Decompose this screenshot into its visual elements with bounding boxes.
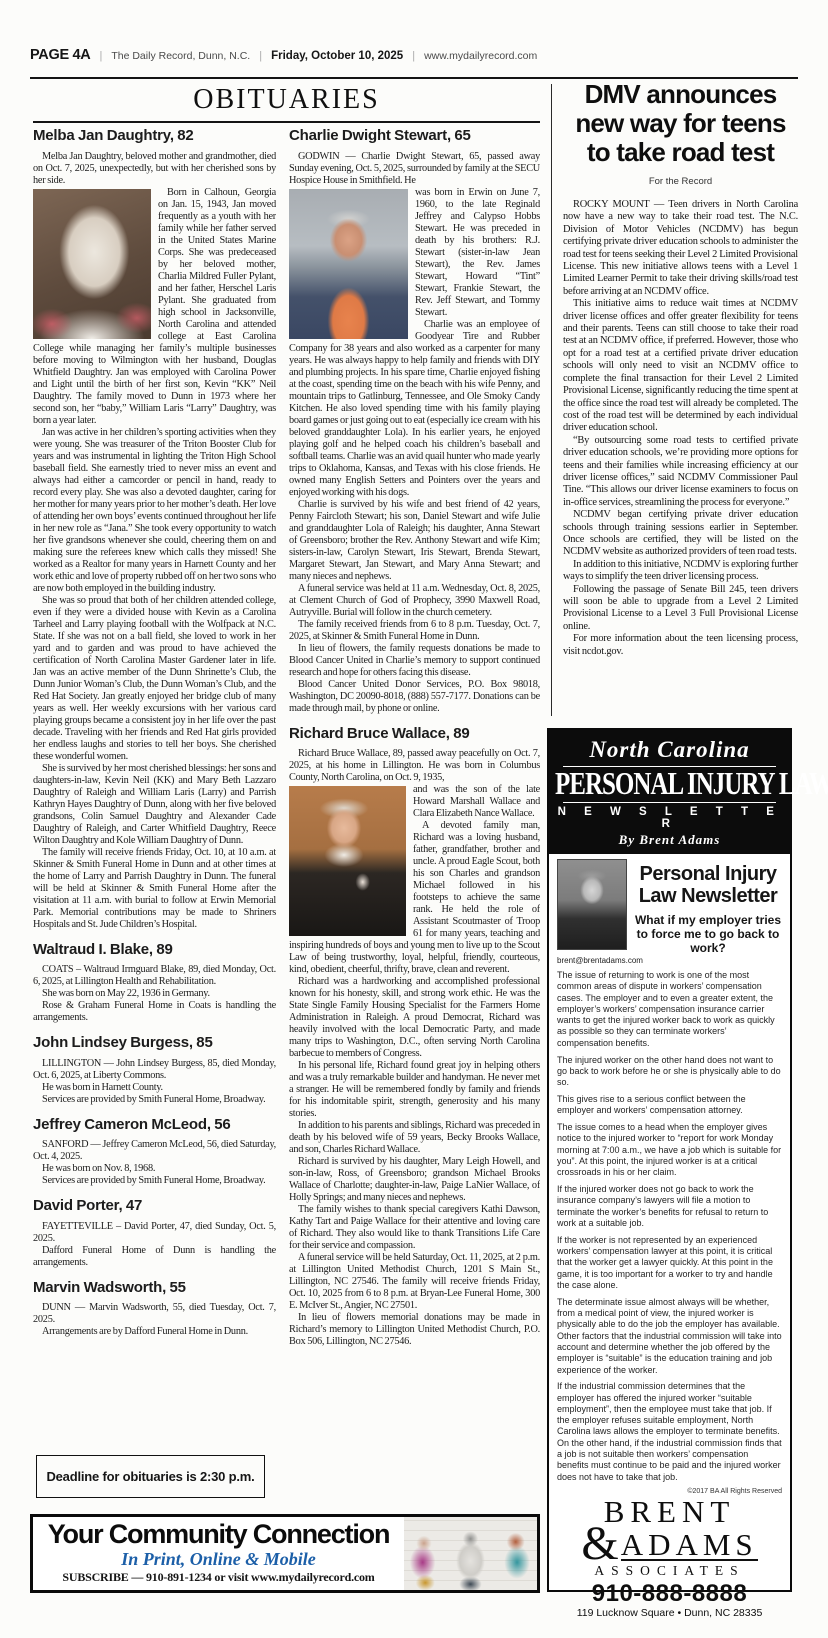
article-byline: For the Record	[563, 176, 798, 187]
obituary-lead-paragraph: Richard Bruce Wallace, 89, passed away p…	[289, 748, 540, 784]
obituary-jeffrey-mcleod: Jeffrey Cameron McLeod, 56 SANFORD — Jef…	[33, 1117, 276, 1188]
paragraph: In his personal life, Richard found grea…	[289, 1060, 540, 1120]
ad-body-text: The issue of returning to work is one of…	[549, 967, 790, 1483]
obituary-deadline-notice: Deadline for obituaries is 2:30 p.m.	[36, 1455, 265, 1498]
headline-line: to take road test	[563, 138, 798, 167]
paragraph: FAYETTEVILLE – David Porter, 47, died Su…	[33, 1221, 276, 1245]
obituary-john-burgess: John Lindsey Burgess, 85 LILLINGTON — Jo…	[33, 1035, 276, 1106]
obituaries-column-2: Charlie Dwight Stewart, 65 GODWIN — Char…	[289, 128, 540, 1512]
obituary-richard-wallace: Richard Bruce Wallace, 89 Richard Bruce …	[289, 726, 540, 1349]
paragraph: She is survived by her most cherished bl…	[33, 763, 276, 847]
subscription-banner: Your Community Connection In Print, Onli…	[30, 1514, 540, 1593]
obituaries-title-rule	[33, 121, 540, 123]
obituary-body: SANFORD — Jeffrey Cameron McLeod, 56, di…	[33, 1139, 276, 1187]
melba-daughtry-portrait-photo	[33, 189, 151, 339]
obituary-heading: David Porter, 47	[33, 1198, 276, 1215]
paragraph: Richard is survived by his daughter, Mar…	[289, 1156, 540, 1204]
issue-date: Friday, October 10, 2025	[271, 50, 403, 62]
ad-subtitle: N E W S L E T T E R	[555, 806, 784, 830]
firm-phone-number: 910-888-8888	[549, 1581, 790, 1607]
obituary-lead-paragraph: GODWIN — Charlie Dwight Stewart, 65, pas…	[289, 151, 540, 187]
obituary-charlie-stewart: Charlie Dwight Stewart, 65 GODWIN — Char…	[289, 128, 540, 715]
obituary-heading: Waltraud I. Blake, 89	[33, 942, 276, 959]
headline-line: new way for teens	[563, 109, 798, 138]
community-readers-photo	[404, 1517, 537, 1590]
ad-kicker: North Carolina	[555, 737, 784, 763]
firm-name-row: & ADAMS	[549, 1527, 790, 1561]
paragraph: “By outsourcing some road tests to certi…	[563, 435, 798, 509]
obituary-melba-daughtry: Melba Jan Daughtry, 82 Melba Jan Daughtr…	[33, 128, 276, 931]
paragraph: If the injured worker does not go back t…	[557, 1184, 782, 1229]
paragraph: The injured worker on the other hand doe…	[557, 1055, 782, 1089]
paragraph: Charlie is survived by his wife and best…	[289, 499, 540, 583]
banner-tagline: In Print, Online & Mobile	[33, 1549, 404, 1569]
personal-injury-law-ad: North Carolina PERSONAL INJURY LAW N E W…	[547, 728, 792, 1592]
ad-byline: By Brent Adams	[555, 832, 784, 848]
paragraph: A funeral service will be held Saturday,…	[289, 1252, 540, 1312]
paragraph: The determinate issue almost always will…	[557, 1297, 782, 1376]
banner-subscribe-info: SUBSCRIBE — 910-891-1234 or visit www.my…	[33, 1569, 404, 1585]
paragraph: A funeral service was held at 11 a.m. We…	[289, 583, 540, 619]
obituary-heading: Charlie Dwight Stewart, 65	[289, 128, 540, 145]
obituary-heading: Jeffrey Cameron McLeod, 56	[33, 1117, 276, 1134]
paragraph: This initiative aims to reduce wait time…	[563, 298, 798, 434]
paragraph: The family received friends from 6 to 8 …	[289, 619, 540, 643]
paragraph: COATS – Waltraud Irmguard Blake, 89, die…	[33, 964, 276, 988]
paragraph: If the industrial commission determines …	[557, 1381, 782, 1483]
banner-text-block: Your Community Connection In Print, Onli…	[33, 1517, 404, 1590]
paragraph: Jan was active in her children’s sportin…	[33, 427, 276, 595]
website-url: www.mydailyrecord.com	[424, 50, 537, 62]
paragraph: Rose & Graham Funeral Home in Coats is h…	[33, 1000, 276, 1024]
obituary-heading: John Lindsey Burgess, 85	[33, 1035, 276, 1052]
paragraph: The issue of returning to work is one of…	[557, 970, 782, 1049]
banner-title: Your Community Connection	[33, 1520, 404, 1549]
paragraph: Arrangements are by Dafford Funeral Home…	[33, 1326, 276, 1338]
obituary-heading: Richard Bruce Wallace, 89	[289, 726, 540, 743]
page-header: PAGE 4A | The Daily Record, Dunn, N.C. |…	[30, 47, 798, 63]
paragraph: Services are provided by Smith Funeral H…	[33, 1094, 276, 1106]
column-divider-rule	[551, 84, 552, 716]
paragraph: Dafford Funeral Home of Dunn is handling…	[33, 1245, 276, 1269]
ad-title: PERSONAL INJURY LAW	[555, 768, 784, 803]
obituary-body: DUNN — Marvin Wadsworth, 55, died Tuesda…	[33, 1302, 276, 1338]
header-divider: |	[259, 50, 262, 62]
paragraph: She was born on May 22, 1936 in Germany.	[33, 988, 276, 1000]
paragraph: In addition to this initiative, NCDMV is…	[563, 559, 798, 584]
article-headline: DMV announces new way for teens to take …	[563, 80, 798, 167]
obituary-heading: Melba Jan Daughtry, 82	[33, 128, 276, 145]
ad-email-address: brent@brentadams.com	[557, 955, 782, 967]
paragraph: SANFORD — Jeffrey Cameron McLeod, 56, di…	[33, 1139, 276, 1163]
paragraph: Richard was a hardworking and accomplish…	[289, 976, 540, 1060]
ad-intro: Personal Injury Law Newsletter What if m…	[549, 854, 790, 967]
law-firm-logo: BRENT & ADAMS ASSOCIATES 910-888-8888 11…	[549, 1497, 790, 1619]
paragraph: This gives rise to a serious conflict be…	[557, 1094, 782, 1117]
obituary-body: Charlie was an employee of Goodyear Tire…	[289, 319, 540, 715]
firm-address: 119 Lucknow Square • Dunn, NC 28335	[549, 1607, 790, 1619]
paragraph: LILLINGTON — John Lindsey Burgess, 85, d…	[33, 1058, 276, 1082]
headline-line: DMV announces	[563, 80, 798, 109]
richard-wallace-portrait-photo	[289, 786, 406, 936]
paragraph: The family wishes to thank special careg…	[289, 1204, 540, 1252]
paragraph: In addition to his parents and siblings,…	[289, 1120, 540, 1156]
publication-name: The Daily Record, Dunn, N.C.	[111, 50, 250, 62]
obituary-body: FAYETTEVILLE – David Porter, 47, died Su…	[33, 1221, 276, 1269]
paragraph: DUNN — Marvin Wadsworth, 55, died Tuesda…	[33, 1302, 276, 1326]
paragraph: The issue comes to a head when the emplo…	[557, 1122, 782, 1178]
deadline-text: Deadline for obituaries is 2:30 p.m.	[46, 1469, 254, 1484]
obituaries-section-title: OBITUARIES	[33, 84, 540, 116]
charlie-stewart-portrait-photo	[289, 189, 408, 339]
paragraph: In lieu of flowers memorial donations ma…	[289, 1312, 540, 1348]
obituary-david-porter: David Porter, 47 FAYETTEVILLE – David Po…	[33, 1198, 276, 1269]
brent-adams-portrait-photo	[557, 859, 627, 950]
firm-ampersand: &	[581, 1527, 618, 1561]
paragraph: Following the passage of Senate Bill 245…	[563, 584, 798, 634]
paragraph: Blood Cancer United Donor Services, P.O.…	[289, 679, 540, 715]
newspaper-page: PAGE 4A | The Daily Record, Dunn, N.C. |…	[0, 0, 828, 1638]
paragraph: In lieu of flowers, the family requests …	[289, 643, 540, 679]
header-divider: |	[412, 50, 415, 62]
firm-name-adams: ADAMS	[621, 1532, 758, 1561]
obituary-body: COATS – Waltraud Irmguard Blake, 89, die…	[33, 964, 276, 1024]
paragraph: Charlie was an employee of Goodyear Tire…	[289, 319, 540, 499]
paragraph: The family will receive friends Friday, …	[33, 847, 276, 931]
dmv-article: DMV announces new way for teens to take …	[563, 80, 798, 658]
obituary-body: LILLINGTON — John Lindsey Burgess, 85, d…	[33, 1058, 276, 1106]
obituary-waltraud-blake: Waltraud I. Blake, 89 COATS – Waltraud I…	[33, 942, 276, 1025]
paragraph: If the worker is not represented by an e…	[557, 1235, 782, 1291]
paragraph: She was so proud that both of her childr…	[33, 595, 276, 763]
obituaries-column-1: Melba Jan Daughtry, 82 Melba Jan Daughtr…	[33, 128, 276, 1450]
obituary-marvin-wadsworth: Marvin Wadsworth, 55 DUNN — Marvin Wadsw…	[33, 1280, 276, 1339]
ad-masthead: North Carolina PERSONAL INJURY LAW N E W…	[549, 730, 790, 854]
obituary-lead-paragraph: Melba Jan Daughtry, beloved mother and g…	[33, 151, 276, 187]
paragraph: He was born in Harnett County.	[33, 1082, 276, 1094]
article-body: ROCKY MOUNT — Teen drivers in North Caro…	[563, 199, 798, 658]
paragraph: ROCKY MOUNT — Teen drivers in North Caro…	[563, 199, 798, 298]
paragraph: Services are provided by Smith Funeral H…	[33, 1175, 276, 1187]
paragraph: He was born on Nov. 8, 1968.	[33, 1163, 276, 1175]
paragraph: NCDMV began certifying private driver ed…	[563, 509, 798, 559]
obituary-heading: Marvin Wadsworth, 55	[33, 1280, 276, 1297]
page-number-label: PAGE 4A	[30, 47, 90, 63]
header-divider: |	[99, 50, 102, 62]
paragraph: For more information about the teen lice…	[563, 633, 798, 658]
